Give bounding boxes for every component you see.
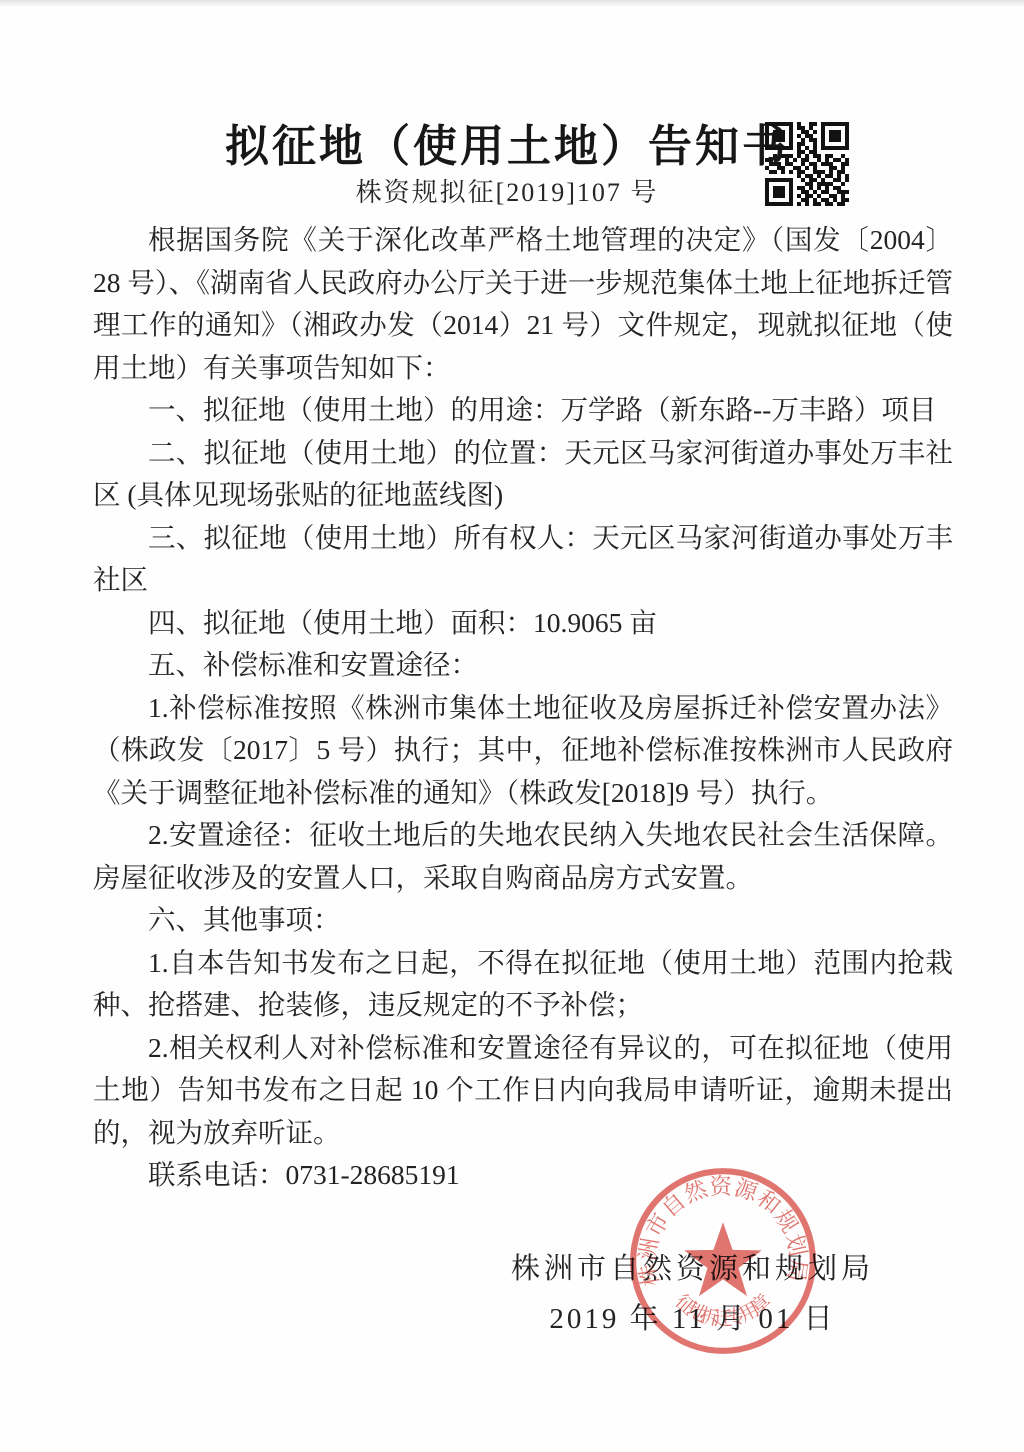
paragraph-item-6-other: 六、其他事项： (93, 899, 953, 942)
paragraph-other-1: 1.自本告知书发布之日起，不得在拟征地（使用土地）范围内抢栽种、抢搭建、抢装修，… (93, 942, 953, 1027)
document-title: 拟征地（使用土地）告知书 (0, 110, 1014, 174)
paragraph-item-1-purpose: 一、拟征地（使用土地）的用途：万学路（新东路--万丰路）项目 (93, 389, 953, 432)
document-body: 根据国务院《关于深化改革严格土地管理的决定》（国发〔2004〕28 号）、《湖南… (93, 219, 953, 1197)
paragraph-basis: 根据国务院《关于深化改革严格土地管理的决定》（国发〔2004〕28 号）、《湖南… (93, 219, 953, 389)
paragraph-other-2: 2.相关权利人对补偿标准和安置途径有异议的，可在拟征地（使用土地）告知书发布之日… (93, 1027, 953, 1155)
paragraph-item-4-area: 四、拟征地（使用土地）面积：10.9065 亩 (93, 602, 953, 645)
paragraph-item-3-owner: 三、拟征地（使用土地）所有权人：天元区马家河街道办事处万丰社区 (93, 517, 953, 602)
scan-edge-artifact (0, 0, 1024, 7)
paragraph-contact-phone: 联系电话：0731-28685191 (93, 1154, 953, 1197)
paragraph-compensation-standard: 1.补偿标准按照《株洲市集体土地征收及房屋拆迁补偿安置办法》（株政发〔2017〕… (93, 687, 953, 815)
document-page: 拟征地（使用土地）告知书 株资规拟征[2019]107 号 根据国务院《关于深化… (0, 0, 1024, 1452)
paragraph-item-2-location: 二、拟征地（使用土地）的位置：天元区马家河街道办事处万丰社区 (具体见现场张贴的… (93, 432, 953, 517)
signature-agency: 株洲市自然资源和规划局 (511, 1244, 874, 1294)
paragraph-resettlement: 2.安置途径：征收土地后的失地农民纳入失地农民社会生活保障。房屋征收涉及的安置人… (93, 814, 953, 899)
signature-block: 株洲市自然资源和规划局 2019 年 11 月 01 日 (511, 1244, 874, 1344)
document-number: 株资规拟征[2019]107 号 (0, 172, 1014, 209)
paragraph-item-5-compensation: 五、补偿标准和安置途径： (93, 644, 953, 687)
signature-date: 2019 年 11 月 01 日 (511, 1294, 874, 1344)
qr-code-icon (765, 122, 849, 206)
